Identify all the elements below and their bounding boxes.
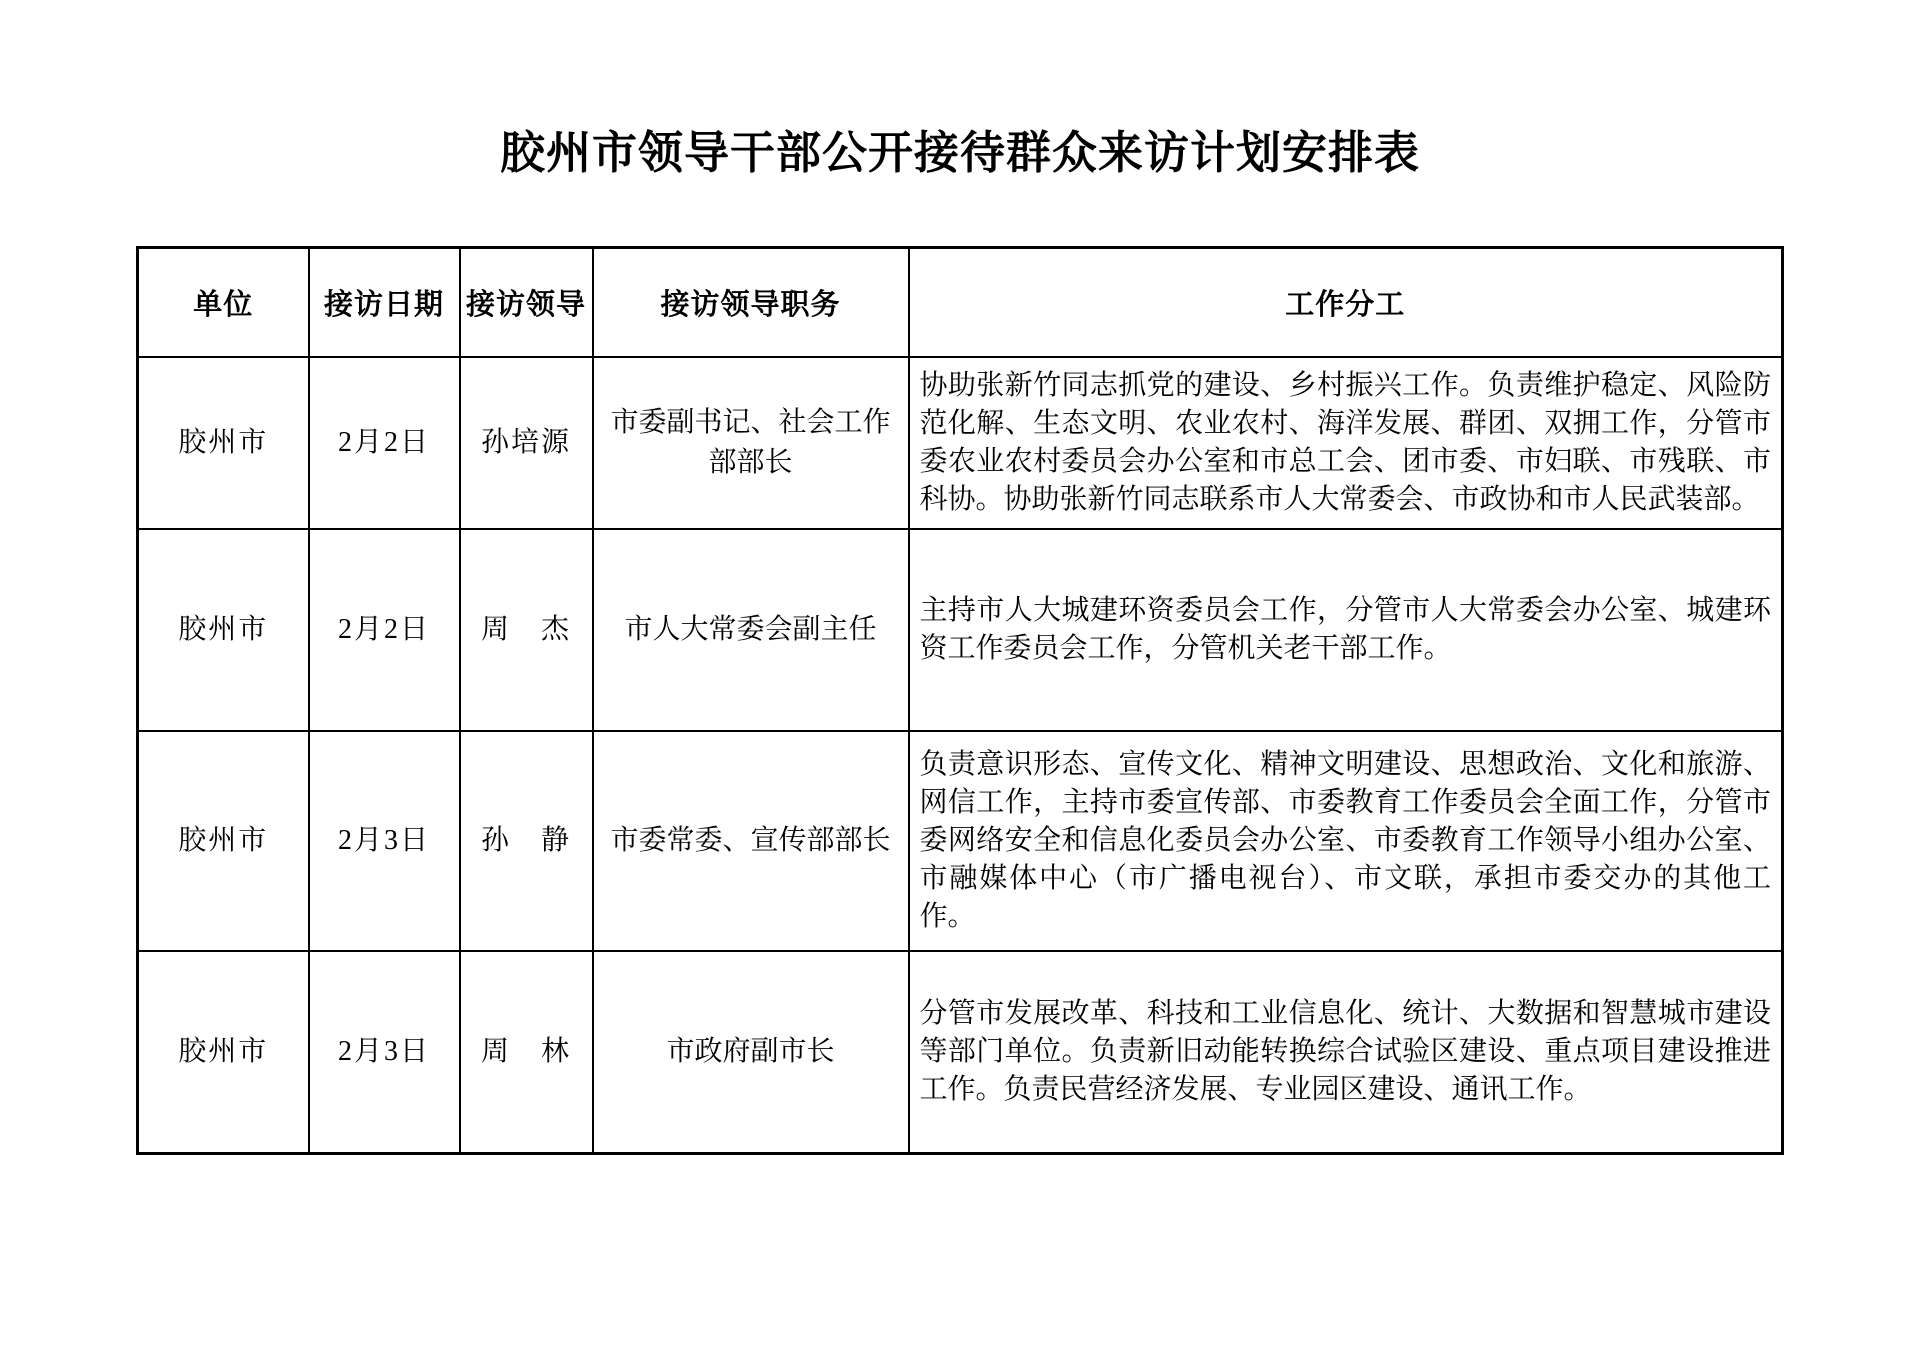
header-leader: 接访领导	[460, 248, 593, 357]
header-duties: 工作分工	[909, 248, 1783, 357]
position-cell: 市委副书记、社会工作部部长	[593, 357, 909, 529]
table-header-row: 单位 接访日期 接访领导 接访领导职务 工作分工	[138, 248, 1783, 357]
date-cell: 2月2日	[309, 357, 460, 529]
header-position: 接访领导职务	[593, 248, 909, 357]
unit-cell: 胶州市	[138, 951, 309, 1154]
document-page: 胶州市领导干部公开接待群众来访计划安排表 单位 接访日期 接访领导 接访领导职务…	[0, 0, 1920, 1358]
unit-cell: 胶州市	[138, 731, 309, 951]
duties-cell: 主持市人大城建环资委员会工作，分管市人大常委会办公室、城建环资工作委员会工作，分…	[909, 529, 1783, 731]
table-row: 胶州市 2月2日 孙培源 市委副书记、社会工作部部长 协助张新竹同志抓党的建设、…	[138, 357, 1783, 529]
leader-cell: 周 杰	[460, 529, 593, 731]
leader-cell: 周 林	[460, 951, 593, 1154]
duties-cell: 负责意识形态、宣传文化、精神文明建设、思想政治、文化和旅游、网信工作，主持市委宣…	[909, 731, 1783, 951]
date-cell: 2月3日	[309, 951, 460, 1154]
date-cell: 2月2日	[309, 529, 460, 731]
header-date: 接访日期	[309, 248, 460, 357]
leader-cell: 孙 静	[460, 731, 593, 951]
table-row: 胶州市 2月3日 周 林 市政府副市长 分管市发展改革、科技和工业信息化、统计、…	[138, 951, 1783, 1154]
header-unit: 单位	[138, 248, 309, 357]
unit-cell: 胶州市	[138, 357, 309, 529]
table-row: 胶州市 2月3日 孙 静 市委常委、宣传部部长 负责意识形态、宣传文化、精神文明…	[138, 731, 1783, 951]
page-title: 胶州市领导干部公开接待群众来访计划安排表	[0, 116, 1920, 181]
duties-cell: 分管市发展改革、科技和工业信息化、统计、大数据和智慧城市建设等部门单位。负责新旧…	[909, 951, 1783, 1154]
position-cell: 市委常委、宣传部部长	[593, 731, 909, 951]
date-cell: 2月3日	[309, 731, 460, 951]
position-cell: 市政府副市长	[593, 951, 909, 1154]
position-cell: 市人大常委会副主任	[593, 529, 909, 731]
unit-cell: 胶州市	[138, 529, 309, 731]
reception-schedule-table: 单位 接访日期 接访领导 接访领导职务 工作分工 胶州市 2月2日 孙培源 市委…	[136, 246, 1784, 1155]
duties-cell: 协助张新竹同志抓党的建设、乡村振兴工作。负责维护稳定、风险防范化解、生态文明、农…	[909, 357, 1783, 529]
leader-cell: 孙培源	[460, 357, 593, 529]
table-row: 胶州市 2月2日 周 杰 市人大常委会副主任 主持市人大城建环资委员会工作，分管…	[138, 529, 1783, 731]
